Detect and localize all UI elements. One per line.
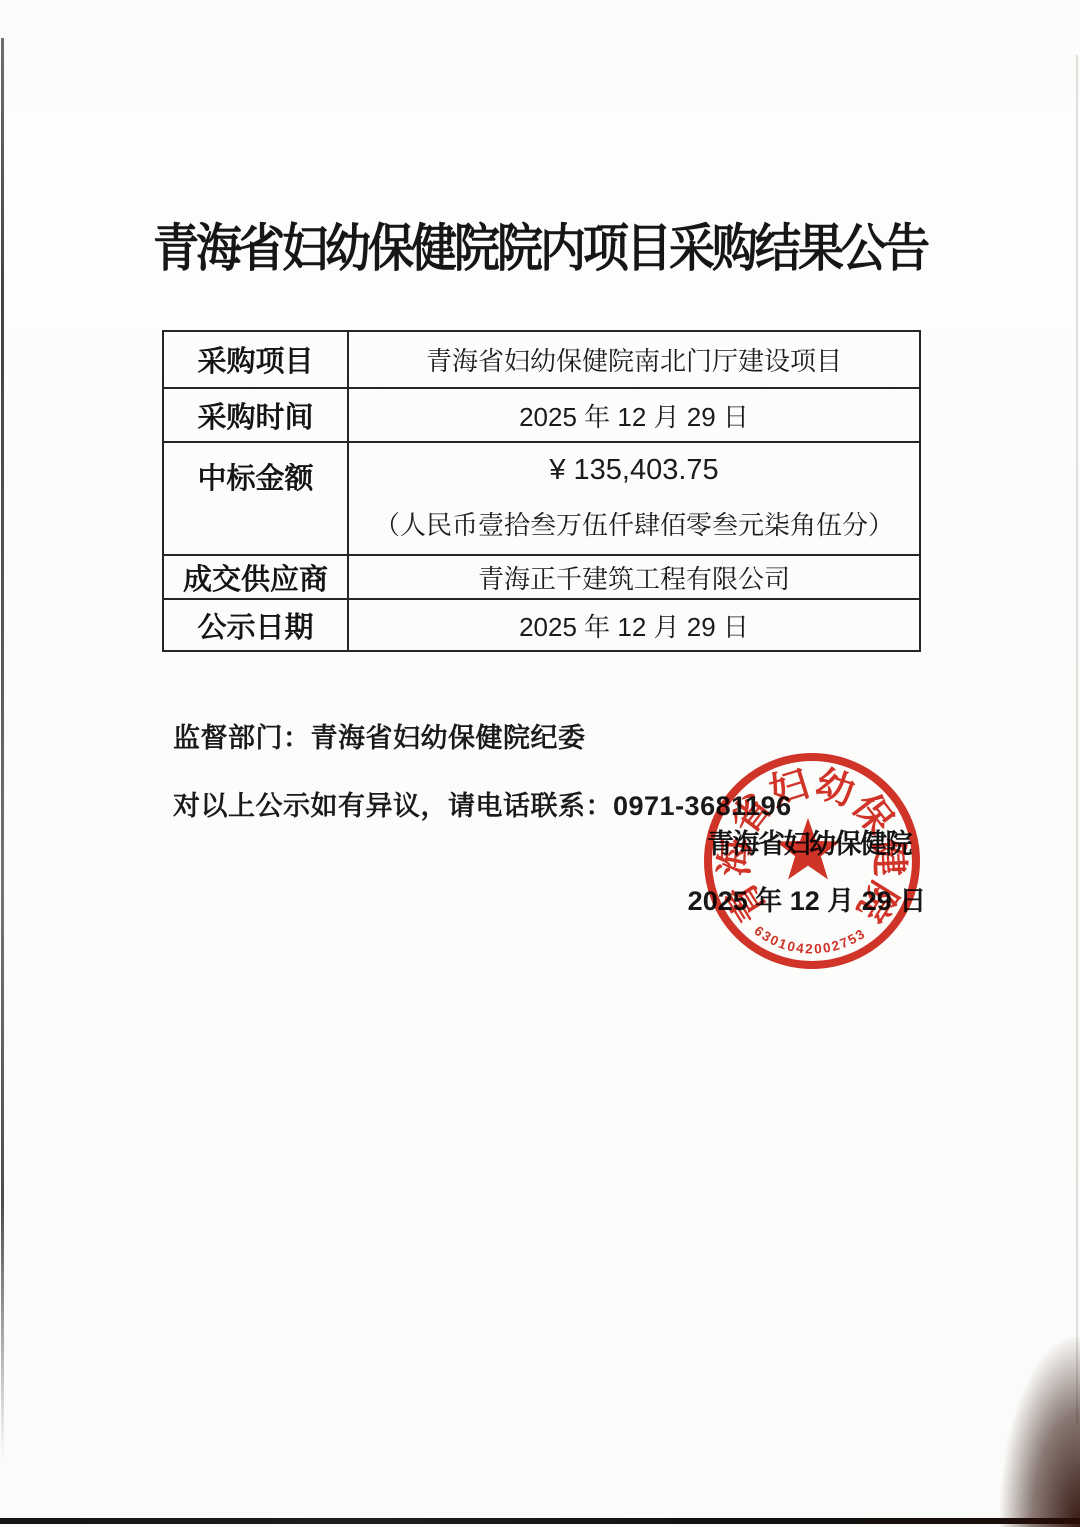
row-label-purchase-date: 采购时间 — [164, 389, 349, 441]
table-row: 公示日期 2025 年 12 月 29 日 — [164, 598, 919, 650]
award-amount-numeric: ¥ 135,403.75 — [349, 443, 919, 497]
page-title: 青海省妇幼保健院院内项目采购结果公告 — [0, 208, 1080, 282]
scan-edge-right — [1076, 55, 1078, 1425]
scanned-announcement-page: 青海省妇幼保健院院内项目采购结果公告 采购项目 青海省妇幼保健院南北门厅建设项目… — [0, 0, 1080, 1527]
official-red-seal: 青海省妇幼保健院 6301042002753 — [692, 741, 932, 981]
table-row: 采购时间 2025 年 12 月 29 日 — [164, 387, 919, 441]
scan-corner-curl — [1000, 1337, 1080, 1527]
row-label-award-amount: 中标金额 — [164, 443, 349, 554]
row-label-project: 采购项目 — [164, 332, 349, 387]
svg-text:4: 4 — [795, 940, 805, 956]
svg-text:0: 0 — [814, 941, 822, 956]
svg-text:健: 健 — [866, 837, 910, 877]
row-value-award-amount: ¥ 135,403.75 （人民币壹拾叁万伍仟肆佰零叁元柒角伍分） — [349, 443, 919, 554]
award-amount-in-words: （人民币壹拾叁万伍仟肆佰零叁元柒角伍分） — [349, 497, 919, 554]
procurement-result-table: 采购项目 青海省妇幼保健院南北门厅建设项目 采购时间 2025 年 12 月 2… — [162, 330, 921, 652]
row-value-publicity-date: 2025 年 12 月 29 日 — [349, 600, 919, 650]
seal-graphic: 青海省妇幼保健院 6301042002753 — [692, 741, 932, 981]
scan-edge-bottom — [0, 1518, 1080, 1524]
scan-edge-left — [1, 38, 4, 1458]
row-value-supplier: 青海正千建筑工程有限公司 — [349, 556, 919, 598]
row-value-project: 青海省妇幼保健院南北门厅建设项目 — [349, 332, 919, 387]
table-row: 中标金额 ¥ 135,403.75 （人民币壹拾叁万伍仟肆佰零叁元柒角伍分） — [164, 441, 919, 554]
row-value-purchase-date: 2025 年 12 月 29 日 — [349, 389, 919, 441]
svg-text:2: 2 — [805, 941, 813, 956]
svg-text:海: 海 — [714, 837, 758, 877]
row-label-supplier: 成交供应商 — [164, 556, 349, 598]
table-row: 采购项目 青海省妇幼保健院南北门厅建设项目 — [164, 332, 919, 387]
star-icon — [776, 818, 841, 880]
table-row: 成交供应商 青海正千建筑工程有限公司 — [164, 554, 919, 598]
supervision-department-line: 监督部门：青海省妇幼保健院纪委 — [173, 722, 586, 754]
row-label-publicity-date: 公示日期 — [164, 600, 349, 650]
